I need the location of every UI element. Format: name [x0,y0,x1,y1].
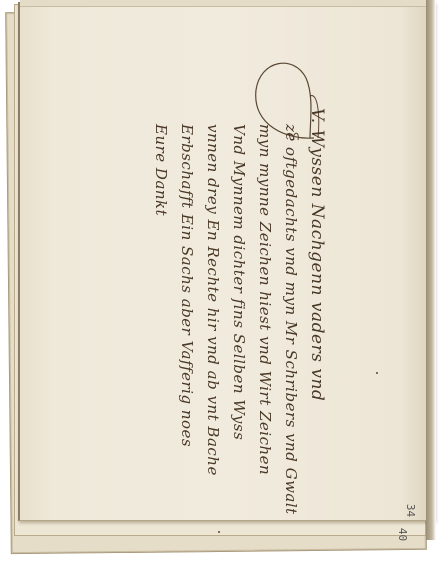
handwriting-line: myn mynne Zeichen hiest vnd Wirt Zeichen [252,60,278,460]
handwriting-line: Erbschafft Ein Sachs aber Vafferig noes [174,60,200,460]
ink-speck [218,531,220,533]
ink-speck [376,372,378,374]
top-page-fold [20,0,426,7]
handwriting-line: vnnen drey En Rechte hir vnd ab vnt Bach… [200,60,226,460]
handwriting-line: V. Wyssen Nachgenn vaders vnd [304,60,330,460]
handwriting-line: Vnd Mynnem dichter fins Sellben Wyss [226,60,252,460]
folio-number-top-page: 34 [404,504,417,517]
handwriting-line: ze oftgedachts vnd myn Mr Schribers vnd … [278,60,304,460]
folio-number-underlying-page: 40 [396,528,409,541]
handwriting-line: Eure Dankt [148,60,174,460]
binding-edge [426,0,436,540]
handwritten-text-block: V. Wyssen Nachgenn vaders vnd ze oftgeda… [160,60,330,460]
rotated-text-lines: V. Wyssen Nachgenn vaders vnd ze oftgeda… [160,60,330,460]
